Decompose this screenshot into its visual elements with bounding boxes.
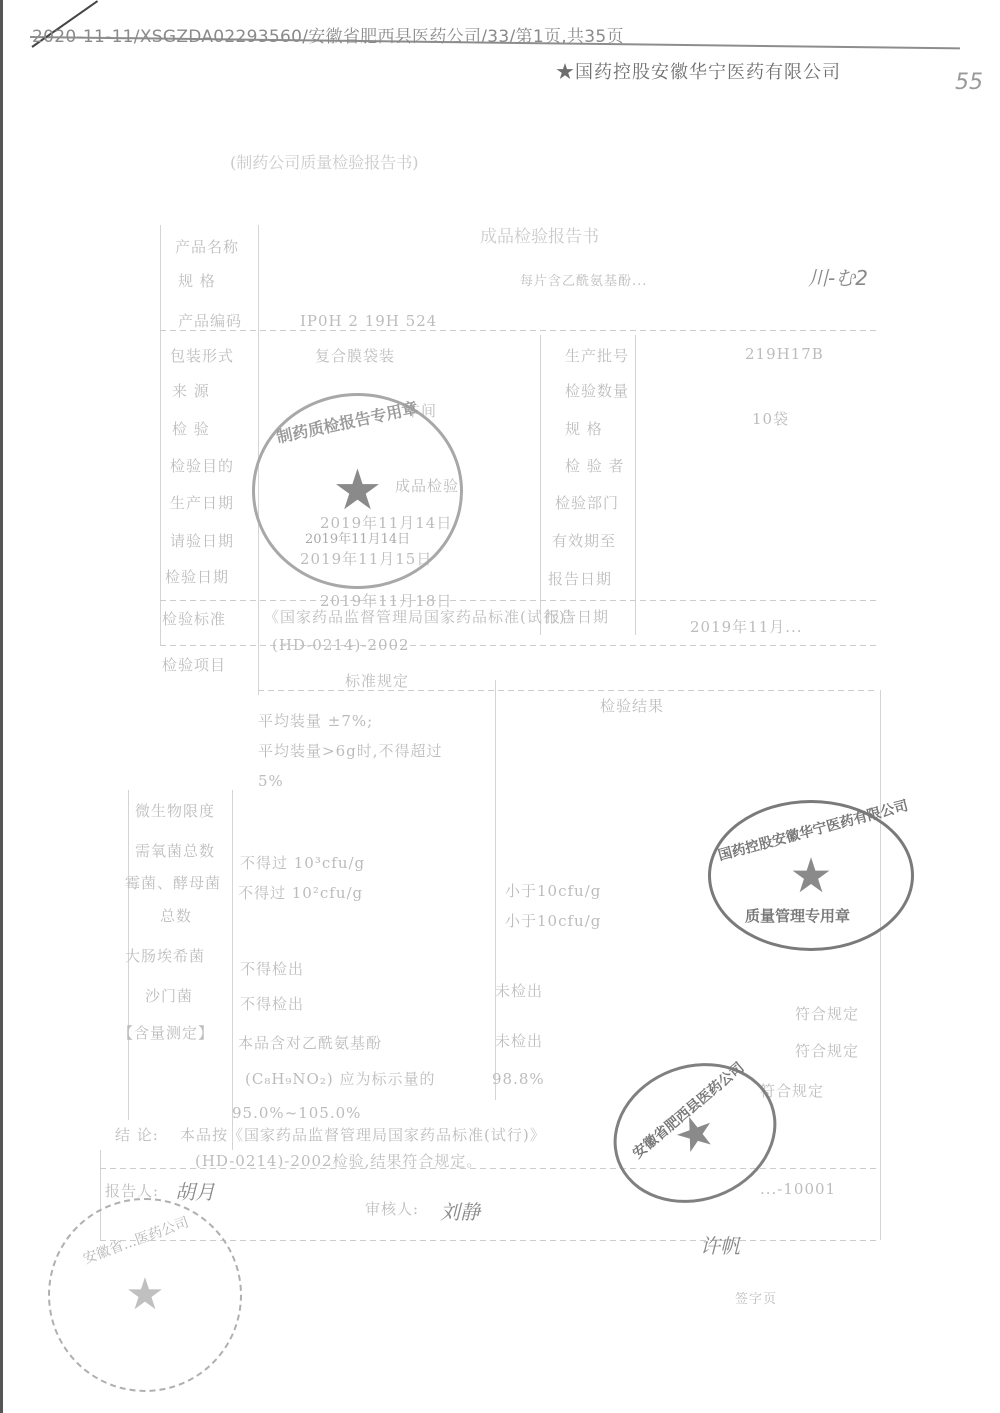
huaning-stamp-sub: 质量管理专用章	[745, 905, 850, 926]
approver-signature: 许帆	[700, 1230, 740, 1259]
handwritten-page-number: 55	[955, 70, 983, 95]
value-code: IP0H 2 19H 524	[300, 312, 437, 330]
label-batch: 生产批号	[565, 345, 629, 366]
item-name-7: 大肠埃希菌	[125, 945, 205, 966]
scan-edge	[0, 0, 3, 1413]
value-batch: 219H17B	[745, 345, 824, 363]
label-product-name: 产品名称	[175, 236, 239, 257]
report-title: 成品检验报告书	[480, 222, 599, 247]
conclusion-line-2: (HD-0214)-2002检验,结果符合规定。	[195, 1150, 482, 1171]
reporter-signature: 胡月	[175, 1176, 215, 1205]
approver-label: 签字页	[735, 1288, 777, 1307]
item-name-4: 需氧菌总数	[135, 840, 215, 861]
item-name-8: 沙门菌	[145, 985, 193, 1006]
document-code: ...-10001	[760, 1180, 836, 1198]
reviewer-signature: 刘静	[440, 1196, 480, 1225]
item-result-8: 未检出	[495, 980, 543, 1001]
items-header-result: 检验结果	[600, 695, 664, 716]
label-dept: 检验部门	[555, 492, 619, 513]
label-inspector: 检 验 者	[565, 455, 625, 476]
value-spec: 每片含乙酰氨基酚...	[520, 270, 647, 289]
item-std-0: 平均装量 ±7%;	[258, 710, 373, 731]
item-std-11: 95.0%~105.0%	[232, 1104, 361, 1122]
label-quantity: 检验数量	[565, 380, 629, 401]
star-icon: ★	[125, 1273, 164, 1317]
reviewer-label: 审核人:	[365, 1198, 419, 1219]
value-report-date: 2019年11月...	[690, 616, 803, 637]
item-std-4: 不得过 10³cfu/g	[240, 852, 365, 873]
item-result-9: 未检出	[495, 1030, 543, 1051]
value-package: 复合膜袋装	[315, 345, 395, 366]
qc-stamp-date: 2019年11月14日	[305, 528, 410, 547]
item-std-8: 不得检出	[240, 993, 304, 1014]
value-quantity: 10袋	[752, 408, 789, 429]
label-package: 包装形式	[170, 345, 234, 366]
item-result-5: 小于10cfu/g	[505, 880, 601, 901]
label-request-date: 请验日期	[170, 530, 234, 551]
item-name-6: 总数	[160, 905, 192, 926]
scan-watermark: 2020-11-11/XSGZDA02293560/安徽省肥西县医药公司/33/…	[32, 22, 624, 47]
item-std-7: 不得检出	[240, 958, 304, 979]
item-name-5: 霉菌、酵母菌	[125, 872, 221, 893]
issuer-name: (制药公司质量检验报告书)	[230, 150, 419, 173]
star-icon: ★	[789, 852, 832, 900]
item-verdict-8: 符合规定	[795, 1003, 859, 1024]
label-source: 来 源	[172, 380, 210, 401]
item-result-6: 小于10cfu/g	[505, 910, 601, 931]
item-std-1: 平均装量>6g时,不得超过	[258, 740, 442, 761]
item-name-3: 微生物限度	[135, 800, 215, 821]
label-standard: 检验标准	[162, 608, 226, 629]
label-code: 产品编码	[178, 310, 242, 331]
label-prod-date: 生产日期	[170, 492, 234, 513]
label-purpose: 检验目的	[170, 455, 234, 476]
value-standard: 《国家药品监督管理局国家药品标准(试行)》	[264, 606, 582, 627]
items-header-item: 检验项目	[162, 654, 226, 675]
company-line: ★国药控股安徽华宁医药有限公司	[556, 58, 841, 84]
handwritten-note: 川-む2	[808, 262, 868, 291]
item-std-5: 不得过 10²cfu/g	[238, 882, 363, 903]
value-standard-code: (HD-0214)-2002	[272, 636, 410, 654]
conclusion-label: 结 论:	[115, 1124, 159, 1145]
label-report-date: 报告日期	[548, 568, 612, 589]
item-name-9: 【含量测定】	[118, 1022, 214, 1043]
label-spec: 规 格	[178, 270, 216, 291]
item-result-10: 98.8%	[492, 1070, 545, 1088]
items-header-standard: 标准规定	[345, 670, 409, 691]
item-std-9: 本品含对乙酰氨基酚	[238, 1032, 382, 1053]
label-report-date2: 报告日期	[545, 606, 609, 627]
star-icon: ★	[332, 463, 382, 519]
item-std-10: (C₈H₉NO₂) 应为标示量的	[245, 1068, 436, 1089]
label-expiry: 有效期至	[552, 530, 616, 551]
label-spec2: 规 格	[565, 418, 603, 439]
label-inspect: 检 验	[172, 418, 210, 439]
item-verdict-9: 符合规定	[795, 1040, 859, 1061]
label-test-date: 检验日期	[165, 566, 229, 587]
item-std-2: 5%	[258, 772, 284, 790]
conclusion-line-1: 本品按《国家药品监督管理局国家药品标准(试行)》	[180, 1124, 546, 1145]
